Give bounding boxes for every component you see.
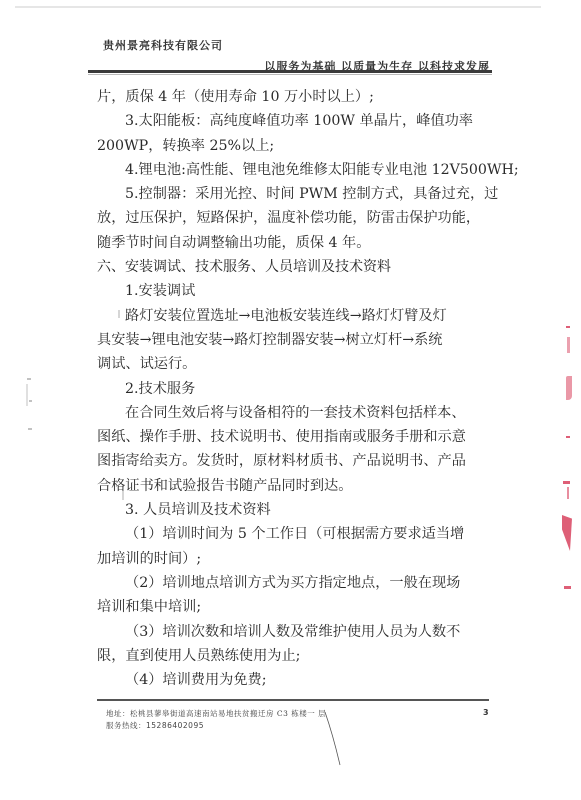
pen-stroke	[0, 0, 581, 800]
